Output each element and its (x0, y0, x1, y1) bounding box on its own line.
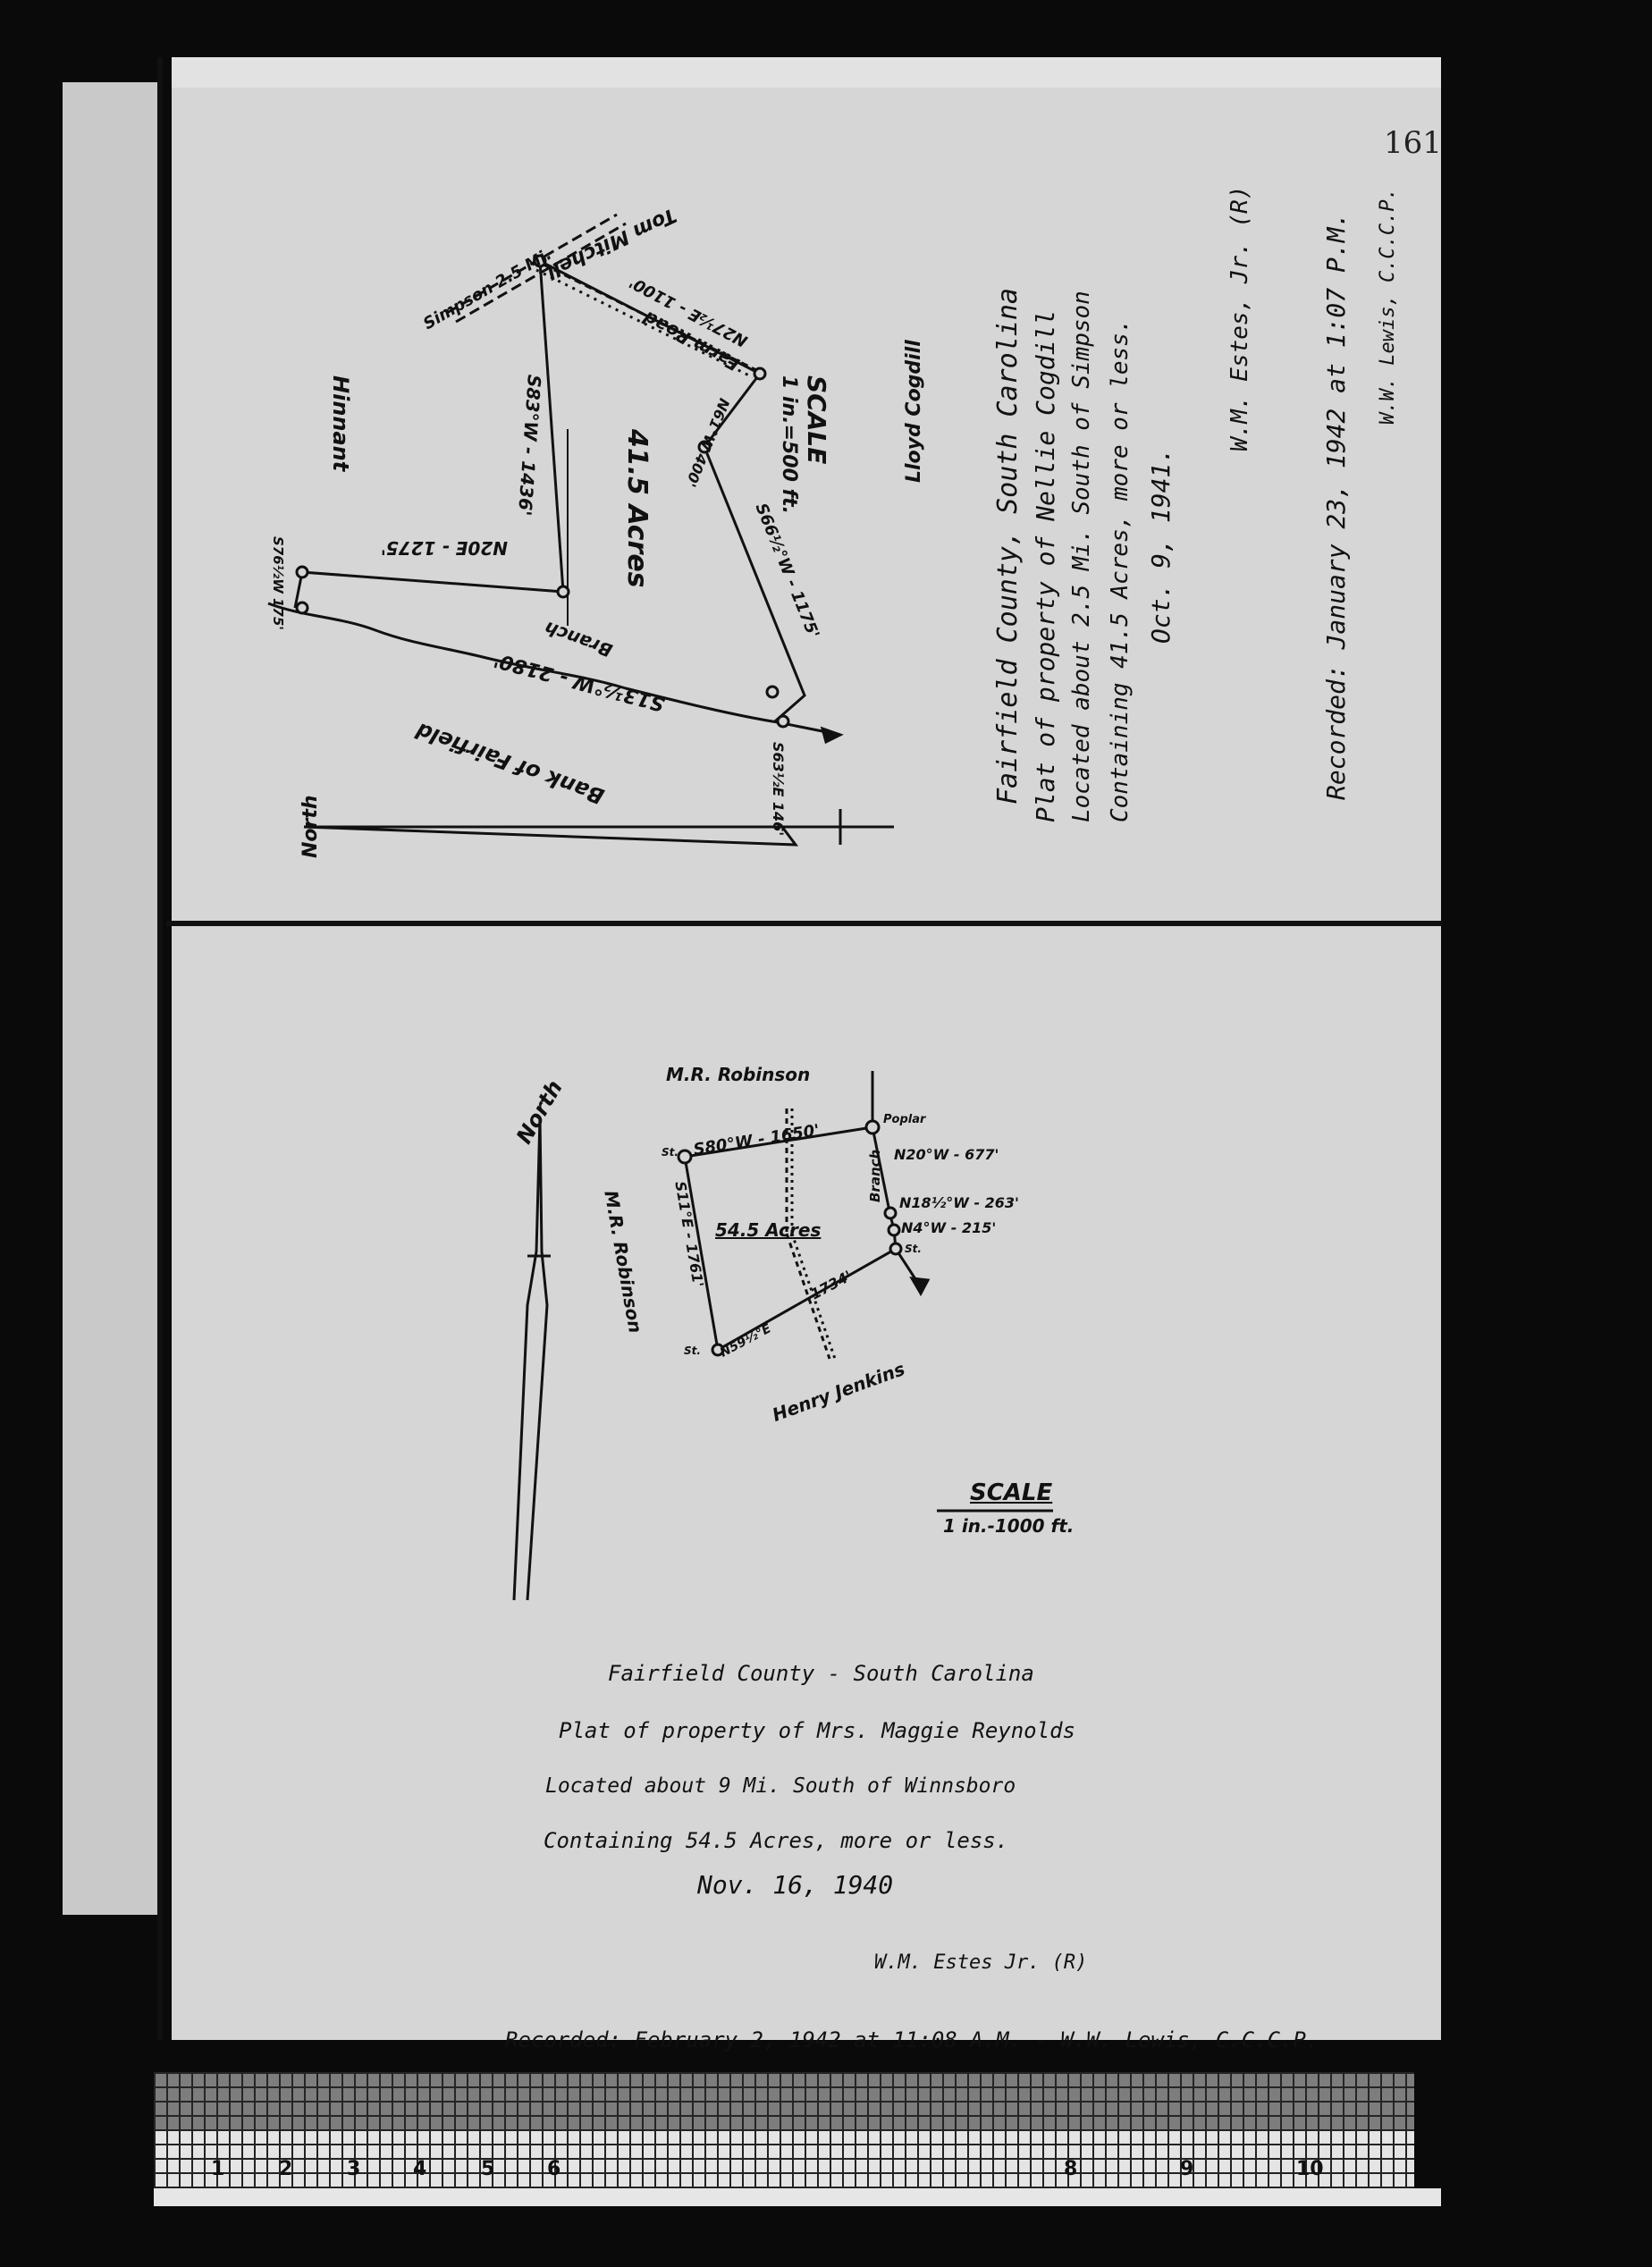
ruler-shaded-band (154, 2072, 1414, 2129)
ruler-tick: 5 (481, 2158, 494, 2180)
upper-adjoiner-cogdill: Lloyd Cogdill (903, 340, 925, 483)
ruler-tick: 6 (547, 2158, 560, 2180)
lower-scale-label: SCALE (970, 1479, 1052, 1506)
lower-county-title: Fairfield County - South Carolina (608, 1661, 1034, 1686)
lower-plat-location: Located about 9 Mi. South of Winnsboro (545, 1774, 1016, 1798)
upper-plat-location: Located about 2.5 Mi. South of Simpson (1068, 291, 1095, 822)
ruler-tick: 8 (1064, 2158, 1077, 2180)
upper-adjoiner-hinnant: Hinnant (328, 375, 353, 471)
ruler-tick: 2 (279, 2158, 292, 2180)
upper-call-s63e: S63½E 146' (770, 742, 787, 836)
upper-plat-acreage-line: Containing 41.5 Acres, more or less. (1107, 318, 1134, 822)
lower-recorded-line: Recorded: February 2, 1942 at 11:08 A.M.… (505, 2027, 1319, 2052)
upper-plat-date: Oct. 9, 1941. (1146, 448, 1176, 644)
lower-call-east3: N4°W - 215' (901, 1219, 996, 1236)
upper-surveyor-signature: W.M. Estes, Jr. (R) (1226, 186, 1253, 451)
ruler-tick: 1 (211, 2158, 224, 2180)
ruler-tick: 10 (1296, 2158, 1324, 2180)
lower-plat-owner: Plat of property of Mrs. Maggie Reynolds (559, 1718, 1075, 1743)
ruler-tick: 3 (347, 2158, 360, 2180)
upper-plat-owner: Plat of property of Nellie Cogdill (1031, 310, 1060, 822)
upper-call-n20e: N20E - 1275' (381, 537, 508, 559)
upper-recorder-signature: W.W. Lewis, C.C.C.P. (1377, 188, 1399, 425)
upper-recorded-line: Recorded: January 23, 1942 at 1:07 P.M. (1321, 213, 1351, 800)
upper-acreage-label: 41.5 Acres (621, 429, 653, 588)
lower-poplar-label: Poplar (883, 1113, 925, 1126)
plat-linework (0, 0, 1652, 2267)
upper-scale-label: SCALE (802, 375, 831, 464)
lower-plat-acreage-line: Containing 54.5 Acres, more or less. (544, 1828, 1008, 1853)
upper-scale-value: 1 in.=500 ft. (778, 375, 800, 514)
lower-acreage-label: 54.5 Acres (715, 1219, 821, 1241)
upper-north-label: North (299, 795, 322, 858)
upper-call-s76w: S76½W 175' (270, 536, 286, 630)
upper-county-title: Fairfield County, South Carolina (992, 288, 1024, 805)
lower-call-east1: N20°W - 677' (894, 1146, 999, 1163)
lower-adjoiner-north: M.R. Robinson (666, 1064, 810, 1085)
ruler-tick: 9 (1180, 2158, 1193, 2180)
lower-plat-date: Nov. 16, 1940 (697, 1870, 893, 1900)
ruler-bottom-margin (154, 2188, 1441, 2206)
lower-branch-label: Branch (867, 1150, 883, 1202)
ruler-tick: 4 (413, 2158, 426, 2180)
lower-call-east2: N18½°W - 263' (899, 1194, 1019, 1211)
lower-corner-nw: St. (662, 1146, 678, 1159)
lower-surveyor-signature: W.M. Estes Jr. (R) (874, 1951, 1087, 1974)
lower-corner-sw: St. (684, 1344, 701, 1357)
lower-corner-se: St. (905, 1243, 922, 1255)
lower-scale-value: 1 in.-1000 ft. (943, 1515, 1074, 1537)
